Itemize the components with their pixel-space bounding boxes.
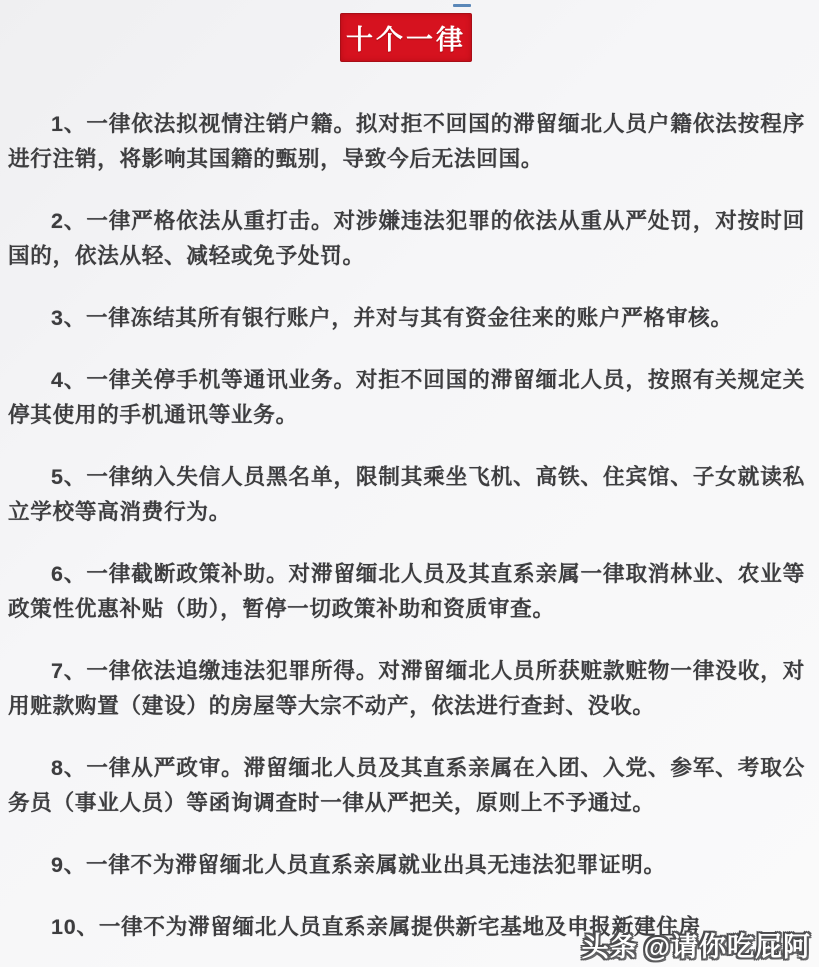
rule-item-1: 1、一律依法拟视情注销户籍。拟对拒不回国的滞留缅北人员户籍依法按程序进行注销，将…: [8, 107, 805, 177]
title-banner: 十个一律: [340, 13, 472, 62]
rule-item-5: 5、一律纳入失信人员黑名单，限制其乘坐飞机、高铁、住宾馆、子女就读私立学校等高消…: [8, 460, 805, 530]
rule-item-8: 8、一律从严政审。滞留缅北人员及其直系亲属在入团、入党、参军、考取公务员（事业人…: [8, 751, 805, 821]
rule-item-2: 2、一律严格依法从重打击。对涉嫌违法犯罪的依法从重从严处罚，对按时回国的，依法从…: [8, 204, 805, 274]
watermark-handle: @请你吃屁阿: [644, 932, 811, 962]
rule-item-6: 6、一律截断政策补助。对滞留缅北人员及其直系亲属一律取消林业、农业等政策性优惠补…: [8, 557, 805, 627]
rule-item-4: 4、一律关停手机等通讯业务。对拒不回国的滞留缅北人员，按照有关规定关停其使用的手…: [8, 363, 805, 433]
rule-item-3: 3、一律冻结其所有银行账户，并对与其有资金往来的账户严格审核。: [8, 301, 805, 336]
title-banner-label: 十个一律: [346, 18, 466, 57]
rules-list: 1、一律依法拟视情注销户籍。拟对拒不回国的滞留缅北人员户籍依法按程序进行注销，将…: [8, 107, 805, 967]
toutiao-logo: 头条: [582, 932, 638, 962]
rule-item-9: 9、一律不为滞留缅北人员直系亲属就业出具无违法犯罪证明。: [8, 848, 805, 883]
scan-artifact-dash: [453, 4, 471, 7]
watermark: 头条@请你吃屁阿: [582, 925, 811, 964]
page: { "banner": { "label": "十个一律", "bg_color…: [0, 0, 819, 967]
rule-item-7: 7、一律依法追缴违法犯罪所得。对滞留缅北人员所获赃款赃物一律没收，对用赃款购置（…: [8, 654, 805, 724]
